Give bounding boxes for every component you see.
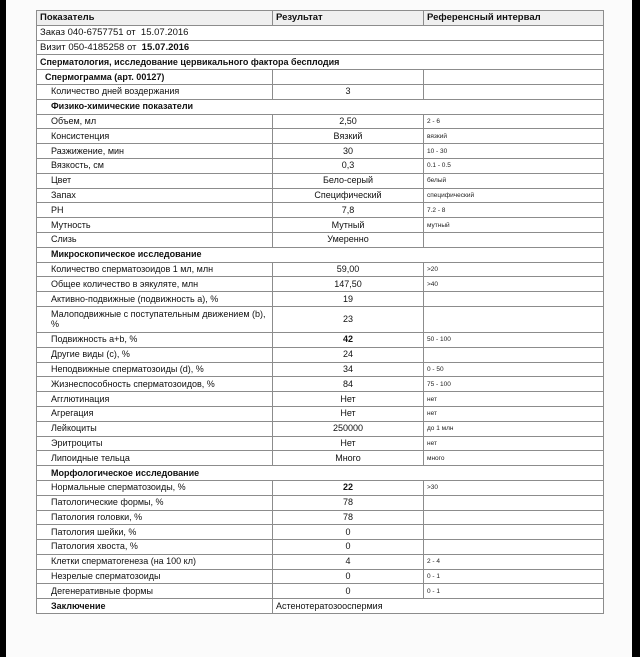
header-reference: Референсный интервал: [424, 11, 604, 26]
row-ref: 7.2 - 8: [424, 203, 604, 218]
table-row: Патология шейки, %0: [37, 525, 604, 540]
row-label: Слизь: [37, 232, 273, 247]
row-label: Подвижность a+b, %: [37, 332, 273, 347]
row-ref: [424, 84, 604, 99]
row-value: 30: [273, 144, 424, 159]
row-label: Жизнеспособность сперматозоидов, %: [37, 377, 273, 392]
left-black-border: [0, 0, 6, 657]
row-ref: [424, 347, 604, 362]
row-ref: >20: [424, 262, 604, 277]
row-label: Липоидные тельца: [37, 451, 273, 466]
row-value: Нет: [273, 436, 424, 451]
row-value: 59,00: [273, 262, 424, 277]
table-row: Другие виды (c), %24: [37, 347, 604, 362]
row-label: Объем, мл: [37, 114, 273, 129]
table-row: Жизнеспособность сперматозоидов, %8475 -…: [37, 377, 604, 392]
row-value: Специфический: [273, 188, 424, 203]
table-row: Вязкость, см0,30.1 - 0.5: [37, 158, 604, 173]
right-black-border: [632, 0, 640, 657]
row-label: Количество дней воздержания: [37, 84, 273, 99]
row-ref: много: [424, 451, 604, 466]
row-value: 0: [273, 584, 424, 599]
row-ref: [424, 495, 604, 510]
row-label: Вязкость, см: [37, 158, 273, 173]
group-title-row: Физико-химические показатели: [37, 99, 604, 114]
panel-title-row: Спермограмма (арт. 00127): [37, 70, 604, 85]
study-title-row: Спермaтология, исследование цервикальног…: [37, 55, 604, 70]
visit-date: 15.07.2016: [142, 42, 190, 53]
group-title: Морфологическое исследование: [37, 466, 604, 481]
row-ref: 10 - 30: [424, 144, 604, 159]
table-row: Активно-подвижные (подвижность а), %19: [37, 292, 604, 307]
row-value: 78: [273, 495, 424, 510]
group-title-row: Микроскопическое исследование: [37, 247, 604, 262]
row-label: Малоподвижные с поступательным движением…: [37, 306, 273, 332]
row-ref: [424, 540, 604, 555]
row-label: Эритроциты: [37, 436, 273, 451]
row-value: Много: [273, 451, 424, 466]
panel-title-empty-ref: [424, 70, 604, 85]
table-row: Объем, мл2,502 - 6: [37, 114, 604, 129]
row-value: 0: [273, 540, 424, 555]
row-value: 22: [273, 480, 424, 495]
table-row: КонсистенцияВязкийвязкий: [37, 129, 604, 144]
row-label: Лейкоциты: [37, 421, 273, 436]
row-value: 250000: [273, 421, 424, 436]
row-ref: 0 - 1: [424, 569, 604, 584]
table-row: ЭритроцитыНетнет: [37, 436, 604, 451]
row-ref: 50 - 100: [424, 332, 604, 347]
row-value: 4: [273, 554, 424, 569]
visit-label: Визит: [40, 42, 66, 53]
table-row: Лейкоциты250000до 1 млн: [37, 421, 604, 436]
table-row: АгрегацияНетнет: [37, 406, 604, 421]
table-row: ЦветБело-серыйбелый: [37, 173, 604, 188]
row-value: Нет: [273, 392, 424, 407]
row-value: 34: [273, 362, 424, 377]
row-value: Мутный: [273, 218, 424, 233]
table-row: Малоподвижные с поступательным движением…: [37, 306, 604, 332]
row-label: Патологические формы, %: [37, 495, 273, 510]
row-ref: 0 - 1: [424, 584, 604, 599]
row-label: Цвет: [37, 173, 273, 188]
visit-from: от: [127, 42, 136, 53]
row-label: Другие виды (c), %: [37, 347, 273, 362]
row-value: Умеренно: [273, 232, 424, 247]
row-value: 19: [273, 292, 424, 307]
row-ref: нет: [424, 406, 604, 421]
row-ref: >30: [424, 480, 604, 495]
row-ref: 0 - 50: [424, 362, 604, 377]
table-row: Нормальные сперматозоиды, %22>30: [37, 480, 604, 495]
row-ref: мутный: [424, 218, 604, 233]
row-ref: [424, 232, 604, 247]
table-row: PH7,87.2 - 8: [37, 203, 604, 218]
row-ref: нет: [424, 392, 604, 407]
order-row: Заказ 040-6757751 от 15.07.2016: [37, 25, 604, 40]
row-ref: >40: [424, 277, 604, 292]
row-label: Мутность: [37, 218, 273, 233]
row-label: Общее количество в эякуляте, млн: [37, 277, 273, 292]
table-row: Количество дней воздержания 3: [37, 84, 604, 99]
row-value: 84: [273, 377, 424, 392]
table-header-row: Показатель Результат Референсный интерва…: [37, 11, 604, 26]
conclusion-label: Заключение: [37, 599, 273, 614]
order-date: 15.07.2016: [141, 27, 189, 38]
visit-row: Визит 050-4185258 от 15.07.2016: [37, 40, 604, 55]
row-value: 0: [273, 569, 424, 584]
table-row: Липоидные тельцаМногомного: [37, 451, 604, 466]
table-row: Подвижность a+b, %4250 - 100: [37, 332, 604, 347]
row-label: PH: [37, 203, 273, 218]
header-indicator: Показатель: [37, 11, 273, 26]
visit-number: 050-4185258: [68, 42, 124, 53]
order-from: от: [126, 27, 135, 38]
row-label: Неподвижные сперматозоиды (d), %: [37, 362, 273, 377]
table-row: Патология хвоста, %0: [37, 540, 604, 555]
conclusion-value: Астенотератозооспермия: [273, 599, 604, 614]
row-value: Вязкий: [273, 129, 424, 144]
row-label: Дегенеративные формы: [37, 584, 273, 599]
table-row: Разжижение, мин3010 - 30: [37, 144, 604, 159]
row-label: Патология головки, %: [37, 510, 273, 525]
group-title: Микроскопическое исследование: [37, 247, 604, 262]
row-label: Консистенция: [37, 129, 273, 144]
row-value: 2,50: [273, 114, 424, 129]
row-ref: 2 - 4: [424, 554, 604, 569]
row-label: Патология шейки, %: [37, 525, 273, 540]
study-title: Спермaтология, исследование цервикальног…: [37, 55, 604, 70]
row-value: 78: [273, 510, 424, 525]
row-value: 23: [273, 306, 424, 332]
panel-title: Спермограмма (арт. 00127): [37, 70, 273, 85]
table-row: АгглютинацияНетнет: [37, 392, 604, 407]
row-value: Бело-серый: [273, 173, 424, 188]
row-ref: [424, 525, 604, 540]
panel-title-empty-result: [273, 70, 424, 85]
row-value: 42: [273, 332, 424, 347]
order-info: Заказ 040-6757751 от 15.07.2016: [37, 25, 604, 40]
table-row: Клетки сперматогенеза (на 100 кл)42 - 4: [37, 554, 604, 569]
row-ref: до 1 млн: [424, 421, 604, 436]
table-row: Неподвижные сперматозоиды (d), %340 - 50: [37, 362, 604, 377]
row-ref: 75 - 100: [424, 377, 604, 392]
row-ref: специфический: [424, 188, 604, 203]
conclusion-row: ЗаключениеАстенотератозооспермия: [37, 599, 604, 614]
row-ref: нет: [424, 436, 604, 451]
order-number: 040-6757751: [68, 27, 124, 38]
group-title-row: Морфологическое исследование: [37, 466, 604, 481]
row-label: Агрегация: [37, 406, 273, 421]
row-value: 24: [273, 347, 424, 362]
row-value: Нет: [273, 406, 424, 421]
visit-info: Визит 050-4185258 от 15.07.2016: [37, 40, 604, 55]
row-label: Разжижение, мин: [37, 144, 273, 159]
table-row: Незрелые сперматозоиды00 - 1: [37, 569, 604, 584]
row-value: 0,3: [273, 158, 424, 173]
row-label: Патология хвоста, %: [37, 540, 273, 555]
row-ref: белый: [424, 173, 604, 188]
row-label: Количество сперматозоидов 1 мл, млн: [37, 262, 273, 277]
table-row: Патология головки, %78: [37, 510, 604, 525]
row-value: 147,50: [273, 277, 424, 292]
row-label: Нормальные сперматозоиды, %: [37, 480, 273, 495]
row-label: Активно-подвижные (подвижность а), %: [37, 292, 273, 307]
order-label: Заказ: [40, 27, 65, 38]
row-value: 7,8: [273, 203, 424, 218]
table-row: Дегенеративные формы00 - 1: [37, 584, 604, 599]
table-row: Общее количество в эякуляте, млн147,50>4…: [37, 277, 604, 292]
table-row: Количество сперматозоидов 1 мл, млн59,00…: [37, 262, 604, 277]
row-ref: [424, 292, 604, 307]
table-row: Патологические формы, %78: [37, 495, 604, 510]
table-row: СлизьУмеренно: [37, 232, 604, 247]
row-label: Незрелые сперматозоиды: [37, 569, 273, 584]
row-ref: вязкий: [424, 129, 604, 144]
row-ref: 2 - 6: [424, 114, 604, 129]
row-ref: [424, 510, 604, 525]
row-value: 0: [273, 525, 424, 540]
table-row: МутностьМутныймутный: [37, 218, 604, 233]
row-label: Клетки сперматогенеза (на 100 кл): [37, 554, 273, 569]
row-ref: [424, 306, 604, 332]
header-result: Результат: [273, 11, 424, 26]
row-label: Запах: [37, 188, 273, 203]
row-ref: 0.1 - 0.5: [424, 158, 604, 173]
table-row: ЗапахСпецифическийспецифический: [37, 188, 604, 203]
lab-results-table: Показатель Результат Референсный интерва…: [36, 10, 604, 614]
row-value: 3: [273, 84, 424, 99]
group-title: Физико-химические показатели: [37, 99, 604, 114]
row-label: Агглютинация: [37, 392, 273, 407]
